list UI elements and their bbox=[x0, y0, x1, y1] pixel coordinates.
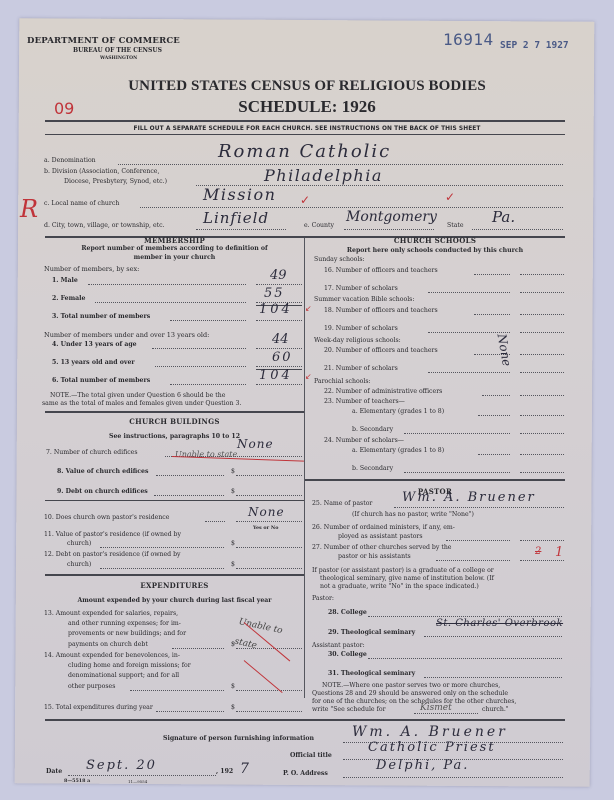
q12-label-2: church) bbox=[67, 561, 91, 568]
instructions-rule bbox=[45, 134, 565, 135]
leader-dots bbox=[474, 274, 510, 275]
instructions-banner: FILL OUT A SEPARATE SCHEDULE FOR EACH CH… bbox=[0, 124, 614, 132]
expenditures-title: EXPENDITURES bbox=[45, 581, 304, 590]
q31-label: 31. Theological seminary bbox=[328, 670, 415, 677]
section-rule bbox=[45, 574, 304, 576]
leader-dots bbox=[404, 472, 510, 473]
q24b-field[interactable] bbox=[520, 472, 564, 473]
q16-field[interactable] bbox=[520, 274, 564, 275]
leader-dots bbox=[428, 372, 510, 373]
leader-dots bbox=[446, 540, 510, 541]
q3-total-field[interactable] bbox=[256, 320, 302, 321]
denomination-value: Roman Catholic bbox=[218, 141, 391, 162]
q10-hint: Yes or No bbox=[253, 525, 278, 531]
city-label: WASHINGTON bbox=[100, 56, 137, 61]
graduate-note-2: theological seminary, give name of insti… bbox=[320, 575, 494, 583]
q13-label-3: provements or new buildings; and for bbox=[68, 630, 186, 637]
q4-under13-field[interactable] bbox=[256, 348, 302, 349]
header-rule bbox=[45, 120, 565, 122]
q30-label: 30. College bbox=[328, 651, 367, 658]
q13-label-1: 13. Amount expended for salaries, repair… bbox=[44, 610, 178, 617]
year-prefix: , 192 bbox=[216, 768, 233, 775]
q9-debt-field[interactable] bbox=[236, 495, 302, 496]
section-rule bbox=[305, 479, 565, 481]
local-name-label: c. Local name of church bbox=[44, 200, 119, 207]
leader-dots bbox=[170, 320, 246, 321]
q16-label: 16. Number of officers and teachers bbox=[324, 267, 438, 274]
pastor-note-2: Questions 28 and 29 should be answered o… bbox=[312, 690, 508, 698]
red-code-mark: 09 bbox=[54, 99, 74, 118]
q11-label-1: 11. Value of pastor's residence (if owne… bbox=[44, 531, 181, 538]
q29-seminary-field[interactable] bbox=[424, 636, 562, 637]
church-buildings-title: CHURCH BUILDINGS bbox=[45, 417, 304, 426]
county-label: e. County bbox=[304, 222, 334, 229]
signature-label: Signature of person furnishing informati… bbox=[163, 735, 314, 742]
church-schools-title: CHURCH SCHOOLS bbox=[305, 236, 565, 245]
q31-seminary-field[interactable] bbox=[424, 677, 562, 678]
leader-dots bbox=[100, 547, 224, 548]
denomination-field[interactable] bbox=[118, 164, 563, 165]
currency-sign: $ bbox=[231, 561, 235, 568]
q25-label: 25. Name of pastor bbox=[312, 500, 372, 507]
q4-under13-value: 44 bbox=[272, 332, 289, 347]
q25-pastor-name-field[interactable] bbox=[394, 507, 564, 508]
leader-dots bbox=[130, 690, 224, 691]
q26-field[interactable] bbox=[520, 540, 564, 541]
year-value: 7 bbox=[240, 761, 249, 777]
bureau-label: BUREAU OF THE CENSUS bbox=[73, 47, 162, 54]
po-address-field[interactable] bbox=[343, 777, 563, 778]
footer-rule bbox=[45, 719, 565, 721]
by-sex-label: Number of members, by sex: bbox=[44, 265, 139, 273]
leader-dots bbox=[474, 314, 510, 315]
q30-college-field[interactable] bbox=[368, 658, 562, 659]
form-number: 8—5518 a bbox=[64, 778, 90, 784]
q3-total-value: 104 bbox=[259, 302, 293, 317]
division-value: Philadelphia bbox=[264, 166, 383, 185]
q28-college-field[interactable] bbox=[368, 616, 562, 617]
leader-dots bbox=[478, 454, 510, 455]
q11-label-2: church) bbox=[67, 540, 91, 547]
q28-label: 28. College bbox=[328, 609, 367, 616]
state-value: Pa. bbox=[492, 208, 515, 226]
q1-male-value: 49 bbox=[270, 268, 287, 283]
see-schedule-value: Kismet bbox=[420, 703, 452, 713]
q23-label: 23. Number of teachers— bbox=[324, 398, 405, 405]
membership-note-1: NOTE.—The total given under Question 6 s… bbox=[50, 392, 225, 400]
parochial-schools-label: Parochial schools: bbox=[314, 378, 371, 385]
leader-dots bbox=[428, 332, 510, 333]
q20-field[interactable] bbox=[520, 354, 564, 355]
currency-sign: $ bbox=[231, 683, 235, 690]
q14-label-2: cluding home and foreign missions; for bbox=[68, 662, 191, 669]
q27-field[interactable] bbox=[520, 560, 564, 561]
leader-dots bbox=[155, 366, 246, 367]
city-value: Linfield bbox=[203, 209, 269, 227]
church-schools-subtitle: Report here only schools conducted by th… bbox=[305, 247, 565, 254]
leader-dots bbox=[478, 415, 510, 416]
q11-value-field[interactable] bbox=[236, 547, 302, 548]
q4-label: 4. Under 13 years of age bbox=[52, 341, 137, 348]
q14-label-3: denominational support; and for all bbox=[68, 672, 179, 679]
q19-label: 19. Number of scholars bbox=[324, 325, 398, 332]
q21-label: 21. Number of scholars bbox=[324, 365, 398, 372]
q26-label-2: ployed as assistant pastors bbox=[338, 533, 423, 540]
q27-label-2: pastor or his assistants bbox=[338, 553, 411, 560]
membership-title: MEMBERSHIP bbox=[45, 236, 304, 245]
q15-total-field[interactable] bbox=[236, 711, 302, 712]
assistant-pastor-label: Assistant pastor: bbox=[312, 642, 365, 649]
form-title: UNITED STATES CENSUS OF RELIGIOUS BODIES bbox=[0, 78, 614, 95]
print-number: 11—9554 bbox=[128, 779, 147, 784]
q17-field[interactable] bbox=[520, 292, 564, 293]
q22-field[interactable] bbox=[520, 395, 564, 396]
leader-dots bbox=[172, 648, 224, 649]
q7-edifices-value: None bbox=[237, 437, 274, 451]
q14-label-4: other purposes bbox=[68, 683, 115, 690]
q5-label: 5. 13 years old and over bbox=[52, 359, 135, 366]
city-field[interactable] bbox=[196, 229, 286, 230]
pastor-label: Pastor: bbox=[312, 595, 334, 602]
pastor-note-3: for one of the churches; on the schedule… bbox=[312, 698, 516, 706]
q18-field[interactable] bbox=[520, 314, 564, 315]
membership-subtitle-2: member in your church bbox=[45, 254, 304, 261]
leader-dots bbox=[152, 348, 246, 349]
q8-label: 8. Value of church edifices bbox=[57, 468, 148, 475]
q21-field[interactable] bbox=[520, 372, 564, 373]
leader-dots bbox=[436, 560, 510, 561]
q24a-field[interactable] bbox=[520, 454, 564, 455]
q29-label: 29. Theological seminary bbox=[328, 629, 415, 636]
q19-field[interactable] bbox=[520, 332, 564, 333]
pastor-note-4a: write "See schedule for bbox=[312, 706, 386, 714]
graduate-note-1: If pastor (or assistant pastor) is a gra… bbox=[312, 567, 494, 575]
weekday-schools-label: Week-day religious schools: bbox=[314, 337, 401, 344]
official-title-value: Catholic Priest bbox=[368, 740, 496, 755]
q9-label: 9. Debt on church edifices bbox=[57, 488, 148, 495]
date-field[interactable] bbox=[68, 775, 216, 776]
stamp-number: 16914 bbox=[443, 30, 494, 49]
q5-over13-value: 60 bbox=[272, 350, 293, 365]
stamp-date: SEP 2 7 1927 bbox=[500, 40, 569, 51]
state-field[interactable] bbox=[472, 229, 563, 230]
leader-dots bbox=[156, 711, 224, 712]
section-rule bbox=[45, 500, 304, 501]
official-title-label: Official title bbox=[290, 752, 332, 759]
pastor-note-1: NOTE.—Where one pastor serves two or mor… bbox=[322, 682, 500, 690]
red-check-icon: ✓ bbox=[445, 190, 455, 204]
q13-label-2: and other running expenses; for im- bbox=[68, 620, 181, 627]
q14-label-1: 14. Amount expended for benevolences, in… bbox=[44, 652, 180, 659]
denomination-label: a. Denomination bbox=[44, 157, 96, 164]
q6-total-value: 104 bbox=[259, 368, 293, 383]
q24b-label: b. Secondary bbox=[352, 465, 393, 472]
q27-label-1: 27. Number of other churches served by t… bbox=[312, 544, 451, 551]
q23a-field[interactable] bbox=[520, 415, 564, 416]
leader-dots bbox=[95, 302, 246, 303]
currency-sign: $ bbox=[231, 488, 235, 495]
signature-value: Wm. A. Bruener bbox=[352, 724, 508, 740]
expenditures-subtitle: Amount expended by your church during la… bbox=[45, 597, 304, 604]
schedule-title: SCHEDULE: 1926 bbox=[0, 97, 614, 117]
leader-dots bbox=[404, 433, 510, 434]
q18-label: 18. Number of officers and teachers bbox=[324, 307, 438, 314]
q24-label: 24. Number of scholars— bbox=[324, 437, 404, 444]
q13-label-4: payments on church debt bbox=[68, 641, 148, 648]
q10-label: 10. Does church own pastor's residence bbox=[44, 514, 169, 521]
leader-dots bbox=[154, 495, 224, 496]
county-value: Montgomery bbox=[346, 209, 437, 225]
state-label: State bbox=[447, 222, 464, 229]
q2-female-value: 55 bbox=[264, 286, 285, 301]
red-margin-mark: R bbox=[20, 195, 38, 223]
red-check-icon: ✓ bbox=[300, 193, 310, 207]
pastor-note-4b: church." bbox=[482, 706, 509, 714]
red-check-icon: ↙ bbox=[305, 372, 312, 381]
q22-label: 22. Number of administrative officers bbox=[324, 388, 442, 395]
q10-residence-field[interactable] bbox=[236, 521, 302, 522]
q6-total-field[interactable] bbox=[256, 384, 302, 385]
q8-value-field[interactable] bbox=[236, 475, 302, 476]
q20-label: 20. Number of officers and teachers bbox=[324, 347, 438, 354]
city-label: d. City, town, village, or township, etc… bbox=[44, 222, 165, 229]
membership-subtitle-1: Report number of members according to de… bbox=[45, 245, 304, 252]
leader-dots bbox=[88, 284, 246, 285]
q27-red-value: 1 bbox=[555, 545, 563, 560]
q6-label: 6. Total number of members bbox=[52, 377, 150, 384]
q23b-label: b. Secondary bbox=[352, 426, 393, 433]
sunday-schools-label: Sunday schools: bbox=[314, 256, 365, 263]
date-label: Date bbox=[46, 768, 62, 775]
county-field[interactable] bbox=[344, 229, 434, 230]
graduate-note-3: not a graduate, write "No" in the space … bbox=[320, 583, 479, 591]
po-address-value: Delphi, Pa. bbox=[376, 758, 469, 773]
leader-dots bbox=[205, 521, 225, 522]
date-value: Sept. 20 bbox=[86, 758, 157, 773]
q25-pastor-name-value: Wm. A. Bruener bbox=[402, 490, 536, 505]
see-schedule-field[interactable] bbox=[414, 713, 478, 714]
leader-dots bbox=[482, 395, 510, 396]
leader-dots bbox=[100, 568, 224, 569]
q1-male-field[interactable] bbox=[256, 284, 302, 285]
q23a-label: a. Elementary (grades 1 to 8) bbox=[352, 408, 444, 415]
currency-sign: $ bbox=[231, 540, 235, 547]
q26-label-1: 26. Number of ordained ministers, if any… bbox=[312, 524, 455, 531]
currency-sign: $ bbox=[231, 704, 235, 711]
q2-label: 2. Female bbox=[52, 295, 85, 302]
q7-label: 7. Number of church edifices bbox=[46, 449, 138, 456]
division-label-1: b. Division (Association, Conference, bbox=[44, 168, 159, 175]
membership-note-2: same as the total of males and females g… bbox=[42, 400, 241, 408]
q23b-field[interactable] bbox=[520, 433, 564, 434]
q12-debt-field[interactable] bbox=[236, 568, 302, 569]
department-label: DEPARTMENT OF COMMERCE bbox=[27, 36, 180, 46]
q27-value: 2 bbox=[535, 546, 541, 557]
leader-dots bbox=[428, 292, 510, 293]
q29-seminary-value: St. Charles' Overbrook bbox=[436, 618, 563, 629]
q1-label: 1. Male bbox=[52, 277, 78, 284]
q10-residence-value: None bbox=[248, 505, 285, 519]
q5-over13-field[interactable] bbox=[256, 366, 302, 367]
leader-dots bbox=[170, 384, 246, 385]
q14-amount-field[interactable] bbox=[236, 690, 302, 691]
summer-schools-label: Summer vacation Bible schools: bbox=[314, 296, 414, 303]
q24a-label: a. Elementary (grades 1 to 8) bbox=[352, 447, 444, 454]
q3-label: 3. Total number of members bbox=[52, 313, 150, 320]
q12-label-1: 12. Debt on pastor's residence (if owned… bbox=[44, 551, 181, 558]
local-name-value: Mission bbox=[203, 185, 276, 204]
q17-label: 17. Number of scholars bbox=[324, 285, 398, 292]
po-address-label: P. O. Address bbox=[283, 770, 328, 777]
currency-sign: $ bbox=[231, 468, 235, 475]
q25-hint: (If church has no pastor, write "None") bbox=[352, 511, 474, 518]
division-label-2: Diocese, Presbytery, Synod, etc.) bbox=[64, 178, 167, 185]
section-rule bbox=[45, 411, 304, 413]
by-age-label: Number of members under and over 13 year… bbox=[44, 331, 209, 339]
red-check-icon: ↙ bbox=[305, 304, 312, 313]
leader-dots bbox=[156, 475, 224, 476]
q15-label: 15. Total expenditures during year bbox=[44, 704, 153, 711]
